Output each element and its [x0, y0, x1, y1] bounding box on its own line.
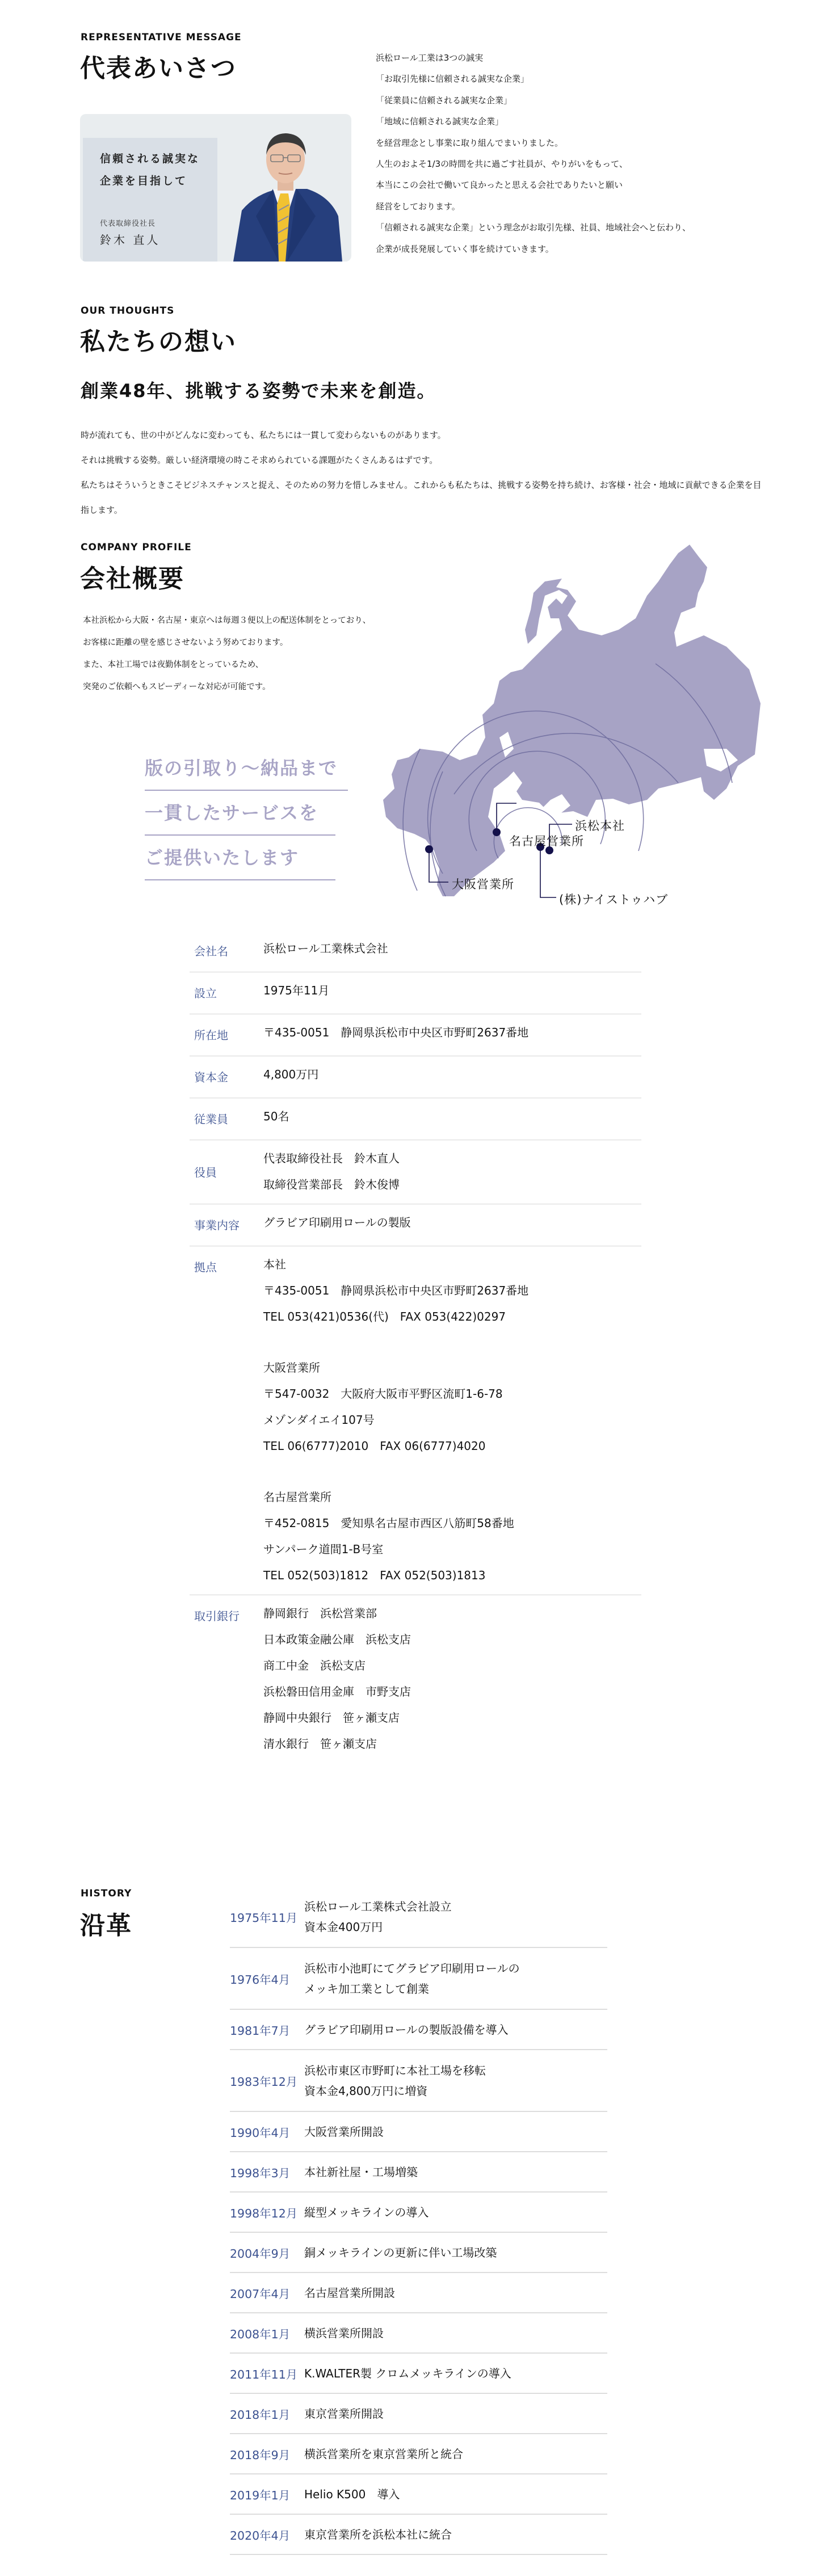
history-date: 1983年12月 [230, 2072, 304, 2089]
history-event: 縦型メッキラインの導入 [304, 2202, 607, 2223]
history-date: 1975年11月 [230, 1908, 304, 1925]
history-event: 浜松ロール工業株式会社設立 資本金400万円 [304, 1896, 607, 1937]
history-row: 1998年12月 縦型メッキラインの導入 [230, 2193, 607, 2233]
service-line: 版の引取り〜納品まで [145, 746, 348, 791]
history-row: 2008年1月 横浜営業所開設 [230, 2313, 607, 2354]
history-event: 大阪営業所開設 [304, 2122, 607, 2142]
history-row: 1998年3月 本社新社屋・工場増築 [230, 2152, 607, 2193]
table-row-bases: 拠点 本社 〒435-0051 静岡県浜松市中央区市野町2637番地 TEL 0… [190, 1246, 641, 1595]
table-row-business: 事業内容 グラビア印刷用ロールの製版 [190, 1204, 641, 1246]
table-row-capital: 資本金 4,800万円 [190, 1056, 641, 1098]
history-row: 2011年11月 K.WALTER製 クロムメッキラインの導入 [230, 2354, 607, 2394]
history-date: 1998年12月 [230, 2204, 304, 2221]
row-value: 4,800万円 [263, 1061, 641, 1091]
history-row: 2019年1月 Helio K500 導入 [230, 2474, 607, 2515]
history-date: 2018年9月 [230, 2446, 304, 2463]
row-value: 1975年11月 [263, 977, 641, 1007]
history-event: 東京営業所開設 [304, 2404, 607, 2424]
history-event: グラビア印刷用ロールの製版設備を導入 [304, 2020, 607, 2040]
history-event: 銅メッキラインの更新に伴い工場改築 [304, 2242, 607, 2263]
representative-portrait [222, 125, 347, 262]
service-line: ご提供いたします [145, 836, 335, 880]
history-row: 2007年4月 名古屋営業所開設 [230, 2273, 607, 2313]
profile-label-en: COMPANY PROFILE [81, 542, 192, 553]
history-date: 1976年4月 [230, 1970, 304, 1987]
history-event: 浜松市小池町にてグラビア印刷用ロールの メッキ加工業として創業 [304, 1958, 607, 1999]
row-value: 〒435-0051 静岡県浜松市中央区市野町2637番地 [263, 1019, 641, 1049]
table-row-address: 所在地 〒435-0051 静岡県浜松市中央区市野町2637番地 [190, 1014, 641, 1056]
history-date: 2007年4月 [230, 2284, 304, 2301]
row-key: 資本金 [190, 1068, 263, 1085]
history-event: 横浜営業所開設 [304, 2323, 607, 2343]
row-key: 取引銀行 [190, 1607, 263, 1750]
table-row-banks: 取引銀行 静岡銀行 浜松営業部 日本政策金融公庫 浜松支店 商工中金 浜松支店 … [190, 1595, 641, 1763]
history-date: 2008年1月 [230, 2325, 304, 2342]
map-label-nagoya: 名古屋営業所 [509, 832, 584, 849]
history-event: K.WALTER製 クロムメッキラインの導入 [304, 2363, 607, 2384]
history-row: 2004年9月 銅メッキラインの更新に伴い工場改築 [230, 2233, 607, 2273]
service-line: 一貫したサービスを [145, 791, 335, 836]
row-value: 代表取締役社長 鈴木直人 取締役営業部長 鈴木俊博 [263, 1145, 641, 1198]
history-date: 1981年7月 [230, 2021, 304, 2038]
history-row: 1981年7月 グラビア印刷用ロールの製版設備を導入 [230, 2010, 607, 2050]
history-date: 1998年3月 [230, 2164, 304, 2181]
history-row: 1990年4月 大阪営業所開設 [230, 2112, 607, 2152]
thoughts-lead: 創業48年、挑戦する姿勢で未来を創造。 [81, 377, 436, 403]
history-table: 1975年11月 浜松ロール工業株式会社設立 資本金400万円 1976年4月 … [230, 1886, 607, 2555]
message-title: 代表あいさつ [80, 48, 237, 84]
branch-nagoya: 名古屋営業所 〒452-0815 愛知県名古屋市西区八筋町58番地 サンパーク道… [263, 1484, 641, 1588]
representative-card: 信頼される誠実な 企業を目指して 代表取締役社長 鈴木 直人 [80, 114, 351, 262]
row-value: 浜松ロール工業株式会社 [263, 935, 641, 966]
row-value: 静岡銀行 浜松営業部 日本政策金融公庫 浜松支店 商工中金 浜松支店 浜松磐田信… [263, 1600, 641, 1757]
row-value: 本社 〒435-0051 静岡県浜松市中央区市野町2637番地 TEL 053(… [263, 1251, 641, 1588]
quote-box: 信頼される誠実な 企業を目指して 代表取締役社長 鈴木 直人 [83, 138, 217, 262]
thoughts-label-en: OUR THOUGHTS [81, 305, 174, 317]
history-event: 名古屋営業所開設 [304, 2283, 607, 2303]
row-key: 従業員 [190, 1110, 263, 1127]
history-row: 2018年9月 横浜営業所を東京営業所と統合 [230, 2434, 607, 2474]
message-label-en: REPRESENTATIVE MESSAGE [81, 32, 242, 43]
message-body: 浜松ロール工業は3つの誠実 「お取引先様に信頼される誠実な企業」 「従業員に信頼… [376, 48, 691, 260]
history-label-en: HISTORY [81, 1888, 132, 1899]
history-event: Helio K500 導入 [304, 2484, 607, 2505]
history-date: 2011年11月 [230, 2365, 304, 2382]
representative-quote: 信頼される誠実な 企業を目指して [100, 148, 200, 192]
history-event: 東京営業所を浜松本社に統合 [304, 2524, 607, 2545]
map-label-hamamatsu: 浜松本社 [575, 817, 625, 834]
history-event: 横浜営業所を東京営業所と統合 [304, 2444, 607, 2464]
row-key: 所在地 [190, 1026, 263, 1043]
history-row: 1983年12月 浜松市東区市野町に本社工場を移転 資本金4,800万円に増資 [230, 2050, 607, 2112]
row-value: 50名 [263, 1103, 641, 1133]
history-row: 1975年11月 浜松ロール工業株式会社設立 資本金400万円 [230, 1886, 607, 1948]
row-key: 事業内容 [190, 1216, 263, 1233]
history-row: 2018年1月 東京営業所開設 [230, 2394, 607, 2434]
history-date: 2004年9月 [230, 2244, 304, 2261]
profile-title: 会社概要 [80, 558, 184, 595]
row-key: 拠点 [190, 1258, 263, 1582]
thoughts-title: 私たちの想い [80, 321, 237, 357]
row-key: 設立 [190, 984, 263, 1001]
map-label-nicetohub: (株)ナイストゥハブ [559, 891, 668, 908]
row-key: 役員 [190, 1163, 263, 1180]
branch-osaka: 大阪営業所 〒547-0032 大阪府大阪市平野区流町1-6-78 メゾンダイエ… [263, 1355, 641, 1459]
representative-role: 代表取締役社長 [100, 217, 156, 228]
history-event: 本社新社屋・工場増築 [304, 2162, 607, 2182]
history-date: 2020年4月 [230, 2526, 304, 2543]
row-value: グラビア印刷用ロールの製版 [263, 1209, 641, 1239]
table-row-employees: 従業員 50名 [190, 1098, 641, 1140]
service-tagline: 版の引取り〜納品まで 一貫したサービスを ご提供いたします [145, 746, 348, 880]
history-date: 2018年1月 [230, 2405, 304, 2422]
history-date: 2019年1月 [230, 2486, 304, 2503]
table-row-officers: 役員 代表取締役社長 鈴木直人 取締役営業部長 鈴木俊博 [190, 1140, 641, 1204]
history-date: 1990年4月 [230, 2123, 304, 2140]
company-profile-table: 会社名 浜松ロール工業株式会社 設立 1975年11月 所在地 〒435-005… [190, 930, 641, 1763]
branch-map: 名古屋営業所 浜松本社 大阪営業所 (株)ナイストゥハブ [363, 533, 761, 902]
thoughts-body: 時が流れても、世の中がどんなに変わっても、私たちには一貫して変わらないものがあり… [81, 423, 767, 522]
history-row: 1976年4月 浜松市小池町にてグラビア印刷用ロールの メッキ加工業として創業 [230, 1948, 607, 2010]
map-label-osaka: 大阪営業所 [452, 875, 514, 892]
profile-intro: 本社浜松から大阪・名古屋・東京へは毎週３便以上の配送体制をとっており、 お客様に… [83, 610, 371, 698]
history-title: 沿革 [80, 1905, 132, 1941]
row-key: 会社名 [190, 942, 263, 959]
history-event: 浜松市東区市野町に本社工場を移転 資本金4,800万円に増資 [304, 2060, 607, 2101]
table-row-company-name: 会社名 浜松ロール工業株式会社 [190, 930, 641, 972]
table-row-founded: 設立 1975年11月 [190, 972, 641, 1014]
history-row: 2020年4月 東京営業所を浜松本社に統合 [230, 2515, 607, 2555]
branch-head-office: 本社 〒435-0051 静岡県浜松市中央区市野町2637番地 TEL 053(… [263, 1251, 641, 1330]
representative-name: 鈴木 直人 [100, 231, 160, 247]
